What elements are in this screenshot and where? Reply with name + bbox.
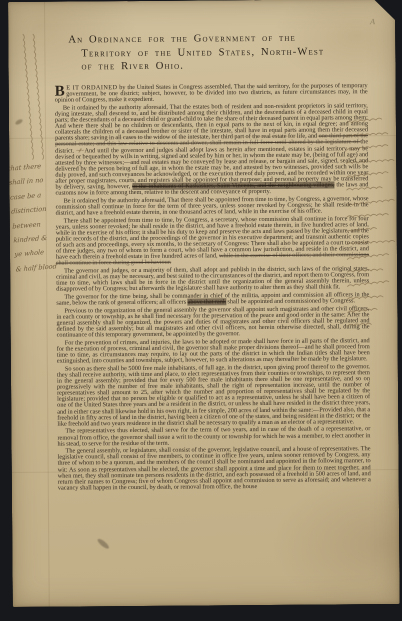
handwriting-squiggle	[345, 169, 392, 182]
handwriting-squiggle	[346, 306, 380, 318]
page-title: An Ordinance for the Government of the T…	[68, 31, 368, 74]
handwriting-squiggle	[345, 115, 386, 127]
corner-mark: A	[370, 17, 375, 26]
right-margin-notes	[345, 117, 401, 335]
handwriting-squiggle	[345, 156, 395, 167]
ink-smudge	[96, 537, 110, 550]
text-segment: Previous to the organization of the gene…	[56, 305, 369, 339]
ordinance-text: BE IT ORDAINED by the United States in C…	[55, 83, 371, 493]
ordinance-paragraph: The representatives thus elected, shall …	[57, 427, 370, 448]
handwriting-squiggle	[345, 129, 393, 140]
handwriting-squiggle	[345, 211, 388, 222]
handwriting-squiggle	[346, 278, 394, 291]
text-segment: So soon as there shall be 5000 free male…	[57, 363, 370, 427]
text-segment: For the prevention of crimes, and injuri…	[57, 337, 370, 365]
ordinance-paragraph: Previous to the organization of the gene…	[56, 306, 369, 339]
text-segment: The general assembly, or legislature, sh…	[58, 445, 371, 491]
paper-crease	[44, 2, 50, 607]
margin-note-line: & half blood	[15, 259, 62, 277]
ordinance-paragraph: Be it ordained by the authority aforesai…	[56, 196, 369, 217]
handwriting-squiggle	[346, 266, 386, 276]
text-segment: shall be appointed and commissioned by C…	[226, 297, 355, 305]
text-segment: Be it ordained by the authority aforesai…	[56, 195, 369, 217]
left-vertical-note	[10, 28, 45, 178]
title-line: Territory of the United States, North-We…	[68, 45, 368, 61]
ordinance-paragraph: For the prevention of crimes, and injuri…	[57, 338, 370, 365]
handwriting-squiggle	[346, 320, 372, 330]
handwriting-squiggle	[345, 196, 396, 210]
title-line: of the River Ohio.	[68, 58, 368, 74]
handwriting-squiggle	[346, 238, 396, 249]
struck-text: above that rank	[188, 298, 226, 305]
text-segment: The representatives thus elected, shall …	[57, 426, 370, 448]
document-page: An Ordinance for the Government of the T…	[8, 0, 400, 607]
photo-backdrop: An Ordinance for the Government of the T…	[0, 0, 402, 621]
text-segment: The governor and judges, or a majority o…	[56, 265, 369, 293]
handwriting-squiggle	[345, 142, 390, 155]
ordinance-paragraph: Be it ordained by the authority aforesai…	[55, 103, 369, 197]
handwriting-squiggle	[346, 293, 384, 303]
ordinance-paragraph: There shall be appointed from time to ti…	[56, 216, 369, 267]
left-margin-note: that thereshall in nocase be adistinctio…	[7, 158, 62, 276]
handwriting-squiggle	[346, 251, 392, 264]
ordinance-paragraph: The governor and judges, or a majority o…	[56, 266, 369, 293]
handwriting-squiggle	[345, 224, 382, 236]
handwriting-squiggle	[345, 184, 383, 194]
ordinance-paragraph: The general assembly, or legislature, sh…	[58, 446, 371, 491]
ordinance-paragraph: So soon as there shall be 5000 free male…	[57, 364, 370, 427]
ordinance-paragraph: BE IT ORDAINED by the United States in C…	[55, 83, 368, 104]
